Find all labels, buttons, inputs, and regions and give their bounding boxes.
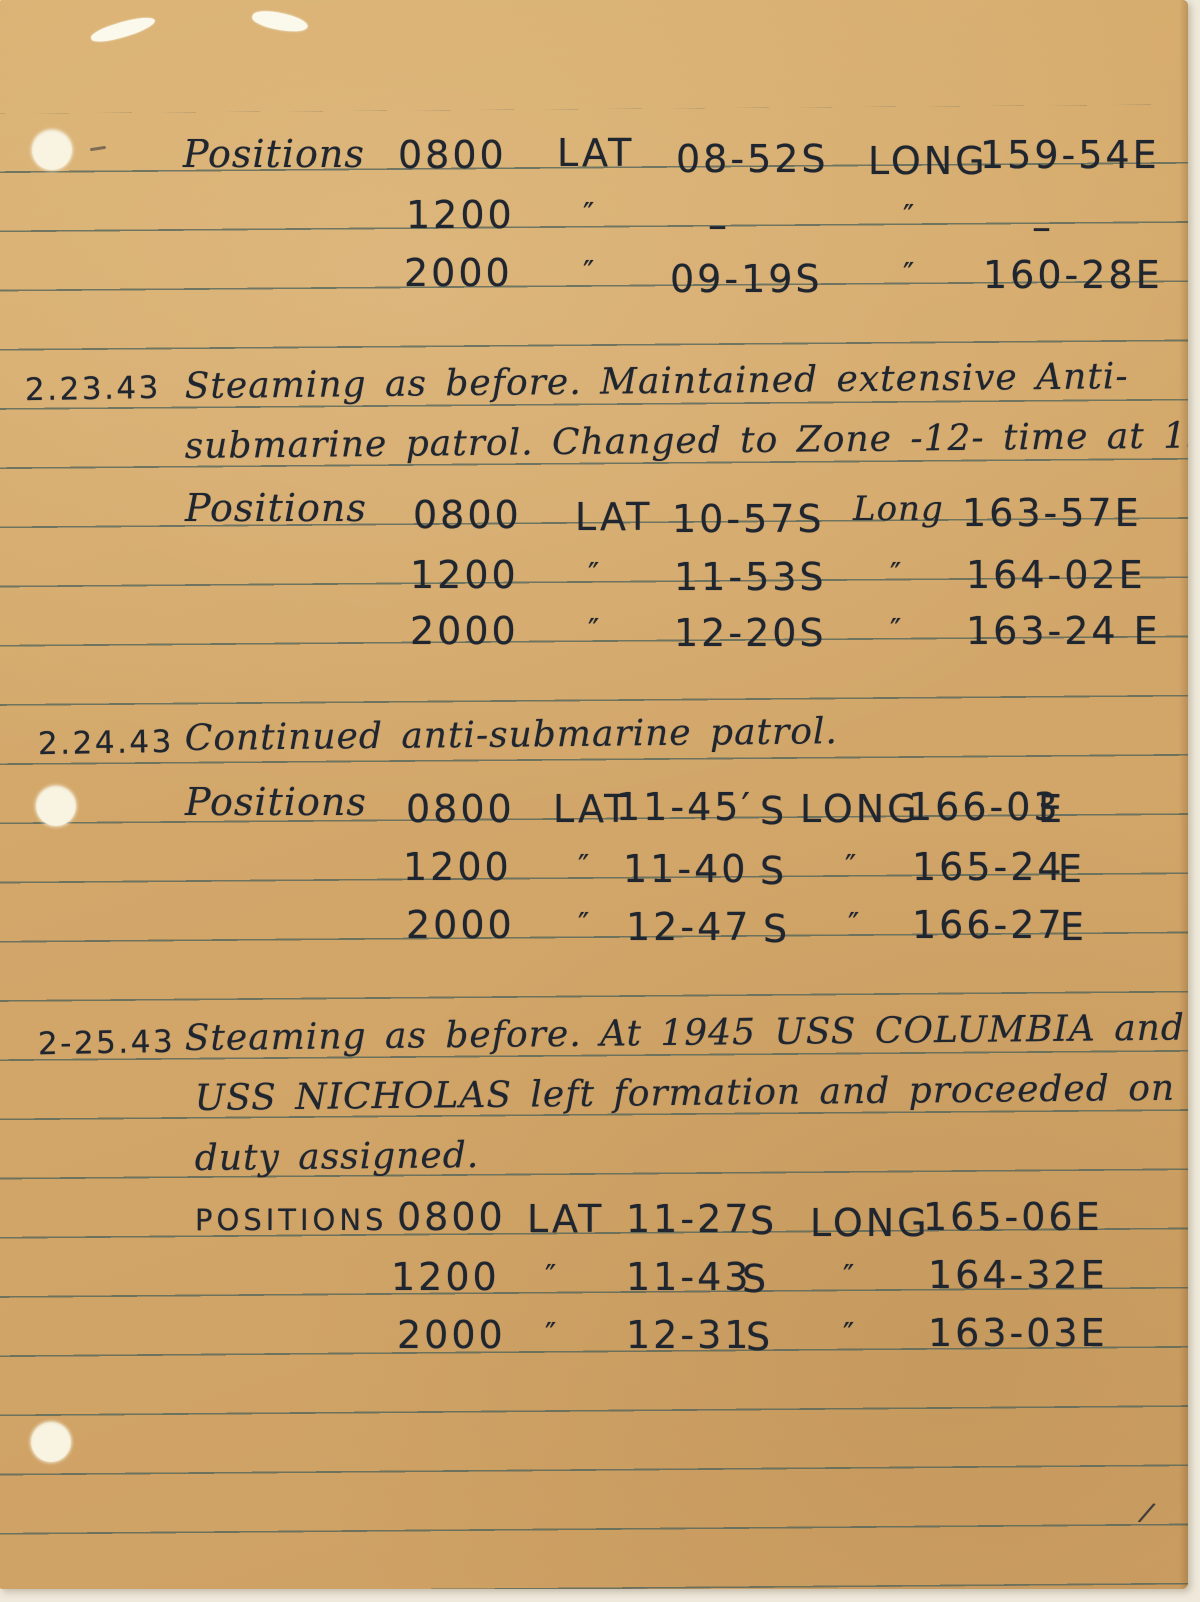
punch-hole-middle xyxy=(36,786,76,826)
paper-tear-patch xyxy=(251,7,309,36)
ditto-mark: ″ xyxy=(843,1320,854,1350)
long-label: Long xyxy=(853,492,944,526)
long-label: LONG xyxy=(810,1204,930,1242)
time-value: 2000 xyxy=(410,612,519,650)
log-page: Positions 0800 LAT 08-52S LONG 159-54E 1… xyxy=(0,0,1200,1602)
long-value: 160-28E xyxy=(983,256,1163,294)
ditto-mark: ″ xyxy=(588,616,599,646)
time-value: 2000 xyxy=(404,254,513,292)
ditto-mark: ″ xyxy=(848,910,859,940)
time-value: 1200 xyxy=(410,556,519,594)
lat-value: 12-31 xyxy=(626,1316,751,1354)
hemisphere-e: E xyxy=(1038,790,1065,828)
hemisphere-s: S xyxy=(760,852,787,890)
lat-value: 11-43 xyxy=(626,1258,751,1296)
time-value: 1200 xyxy=(406,196,515,234)
hemisphere-e: E xyxy=(1060,908,1087,946)
ditto-mark: ″ xyxy=(903,260,914,290)
lat-value: 12-20S xyxy=(674,614,827,652)
lat-value: – xyxy=(708,206,730,244)
lat-value: 11-53S xyxy=(674,558,827,596)
long-label: LONG xyxy=(868,142,988,180)
hemisphere-s: S xyxy=(760,792,787,830)
long-label: LONG xyxy=(800,790,920,828)
ditto-mark: ″ xyxy=(578,910,589,940)
lat-value: 11-27 xyxy=(626,1200,751,1238)
lat-value: 10-57S xyxy=(672,500,825,538)
entry-date: 2.23.43 xyxy=(25,373,161,406)
time-value: 1200 xyxy=(403,848,512,886)
long-value: 163-24 E xyxy=(966,612,1161,650)
narrative-line: Continued anti-submarine patrol. xyxy=(185,711,839,759)
long-value: – xyxy=(1032,208,1054,246)
time-value: 2000 xyxy=(406,906,515,944)
long-value: 165-06E xyxy=(923,1198,1103,1236)
hemisphere-s: S xyxy=(750,1202,777,1240)
punch-hole-bottom xyxy=(31,1422,71,1462)
long-value: 166-27 xyxy=(912,906,1065,944)
ditto-mark: ″ xyxy=(583,200,594,230)
paper-tear-patch xyxy=(89,13,157,47)
ditto-mark: ″ xyxy=(588,560,599,590)
time-value: 2000 xyxy=(397,1316,506,1354)
long-value: 165-24 xyxy=(912,848,1065,886)
narrative-line: duty assigned. xyxy=(195,1135,480,1179)
lat-value: 11-45′ xyxy=(616,788,753,826)
hemisphere-s: S xyxy=(763,910,790,948)
time-value: 0800 xyxy=(398,136,507,174)
long-value: 164-32E xyxy=(928,1256,1108,1294)
ditto-mark: ″ xyxy=(545,1320,556,1350)
time-value: 1200 xyxy=(391,1258,500,1296)
lat-value: 09-19S xyxy=(670,260,823,298)
ditto-mark: ″ xyxy=(578,852,589,882)
time-value: 0800 xyxy=(413,496,522,534)
long-value: 163-57E xyxy=(962,494,1142,532)
ditto-mark: ″ xyxy=(583,258,594,288)
positions-label: Positions xyxy=(185,488,367,530)
long-value: 159-54E xyxy=(980,136,1160,174)
hemisphere-s: S xyxy=(746,1318,773,1356)
positions-label: Positions xyxy=(185,782,367,824)
time-value: 0800 xyxy=(397,1198,506,1236)
paper-sheet: Positions 0800 LAT 08-52S LONG 159-54E 1… xyxy=(0,0,1188,1589)
ditto-mark: ″ xyxy=(890,560,901,590)
lat-label: LAT xyxy=(575,498,652,536)
lat-value: 12-47 xyxy=(626,908,751,946)
ditto-mark: ″ xyxy=(843,1262,854,1292)
punch-hole-top xyxy=(32,130,72,170)
time-value: 0800 xyxy=(406,790,515,828)
lat-value: 08-52S xyxy=(676,140,829,178)
positions-label: Positions xyxy=(183,134,365,176)
ditto-mark: ″ xyxy=(845,852,856,882)
long-value: 164-02E xyxy=(966,556,1146,594)
entry-date: 2.24.43 xyxy=(38,727,174,760)
long-value: 163-03E xyxy=(928,1314,1108,1352)
lat-value: 11-40 xyxy=(623,850,748,888)
hemisphere-s: S xyxy=(742,1260,769,1298)
hemisphere-e: E xyxy=(1058,850,1085,888)
lat-label: LAT xyxy=(527,1200,604,1238)
ditto-mark: ″ xyxy=(890,616,901,646)
ditto-mark: ″ xyxy=(903,202,914,232)
ditto-mark: ″ xyxy=(545,1262,556,1292)
entry-date: 2-25.43 xyxy=(38,1027,176,1060)
lat-label: LAT xyxy=(557,134,634,172)
positions-label: POSITIONS xyxy=(195,1206,387,1235)
